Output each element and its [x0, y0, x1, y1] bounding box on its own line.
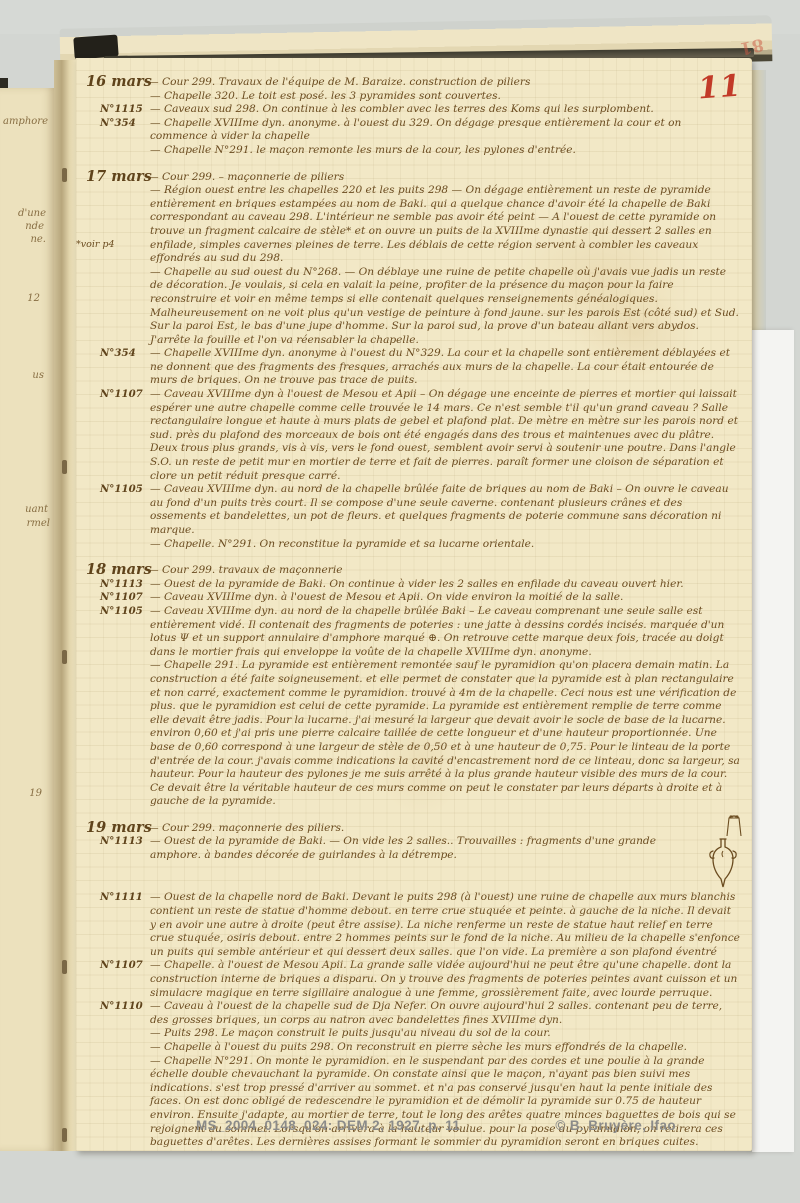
facing-page-fragment: 19	[29, 788, 42, 799]
entry-number: N°1105	[88, 605, 150, 659]
entry-number: N°1110	[88, 1000, 150, 1027]
entry-text: — Cour 299. maçonnerie des piliers.	[148, 820, 740, 836]
entry-number	[88, 144, 150, 158]
entry-number	[88, 538, 150, 552]
entry-number	[88, 1027, 150, 1041]
entry-text: — Caveau XVIIIme dyn. à l'ouest de Mesou…	[150, 591, 740, 605]
stitch	[62, 960, 67, 974]
entry-number: N°1111	[88, 891, 150, 959]
entry-16-mars: 16 mars — Cour 299. Travaux de l'équipe …	[88, 74, 740, 158]
facing-page-fragment: d'une	[18, 208, 46, 219]
entry-text: — Ouest de la pyramide de Baki. — On vid…	[150, 835, 740, 891]
entry-date: 17 mars	[86, 169, 148, 185]
entry-date: 16 mars	[86, 74, 148, 90]
entry-number: N°1113	[88, 578, 150, 592]
entry-date: 19 mars	[86, 820, 148, 836]
entry-text: — Chapelle à l'ouest du puits 298. On re…	[150, 1041, 740, 1055]
entry-text: — Cour 299. – maçonnerie de piliers	[148, 169, 740, 185]
entry-text: — Chapelle XVIIIme dyn. anonyme à l'oues…	[150, 347, 740, 388]
entry-19-mars: 19 mars — Cour 299. maçonnerie des pilie…	[88, 820, 740, 1150]
stitch	[62, 168, 67, 182]
entry-text: — Caveau à l'ouest de la chapelle sud de…	[150, 1000, 740, 1027]
underlying-page-edges	[752, 70, 766, 332]
entry-text: — Cour 299. travaux de maçonnerie	[148, 562, 740, 578]
entry-date: 18 mars	[86, 562, 148, 578]
copyright-notice: © B. Bruyère, Ifao	[555, 1118, 676, 1133]
entry-number: N°1107	[88, 388, 150, 483]
entry-text: — Chapelle N°291. le maçon remonte les m…	[150, 144, 740, 158]
entry-text: — Chapelle. N°291. On reconstitue la pyr…	[150, 538, 740, 552]
entry-number: N°354	[88, 347, 150, 388]
entry-number	[88, 266, 150, 348]
entry-number: N°1107	[88, 959, 150, 1000]
entry-number	[88, 1041, 150, 1055]
facing-page-fragment: uant	[25, 504, 48, 515]
archive-reference: MS_2004_0148_024: DEM 2, 1927, p. 11	[196, 1118, 460, 1133]
manuscript-page: 81 11 16 mars — Cour 299. Travaux de l'é…	[76, 58, 752, 1151]
entry-18-mars: 18 mars — Cour 299. travaux de maçonneri…	[88, 562, 740, 809]
loose-white-sheet	[752, 330, 794, 1152]
entry-text: — Chapelle. à l'ouest de Mesou Apii. La …	[150, 959, 740, 1000]
stitch	[62, 460, 67, 474]
entry-text: — Cour 299. Travaux de l'équipe de M. Ba…	[148, 74, 740, 90]
facing-page-fragment: nde	[25, 221, 44, 232]
entry-text-inline: — Ouest de la pyramide de Baki. — On vid…	[150, 835, 656, 861]
entry-number	[88, 1055, 150, 1150]
entry-number: N°1107	[88, 591, 150, 605]
binding-gutter	[54, 60, 76, 1151]
entry-text: — Caveau XVIIIme dyn à l'ouest de Mesou …	[150, 388, 740, 483]
entry-number: N°1113	[88, 835, 150, 891]
entry-number: N°1105	[88, 483, 150, 537]
facing-page-fragment: rmel	[27, 518, 50, 529]
entry-text: — Caveau XVIIIme dyn. au nord de la chap…	[150, 605, 740, 659]
journal-content: 16 mars — Cour 299. Travaux de l'équipe …	[88, 74, 740, 1161]
facing-page-fragment: us	[32, 370, 44, 381]
entry-17-mars: 17 mars — Cour 299. – maçonnerie de pili…	[88, 169, 740, 552]
facing-page-fragment: amphore	[3, 116, 48, 127]
entry-text: — Puits 298. Le maçon construit le puits…	[150, 1027, 740, 1041]
entry-text: — Caveaux sud 298. On continue à les com…	[150, 103, 740, 117]
entry-number: N°1115	[88, 103, 150, 117]
entry-text: — Caveau XVIIIme dyn. au nord de la chap…	[150, 483, 740, 537]
facing-page-fragment: ne.	[30, 234, 46, 245]
entry-text: — Chapelle N°291. On monte le pyramidion…	[150, 1055, 740, 1150]
entry-text: — Chapelle XVIIIme dyn. anonyme. à l'oue…	[150, 117, 740, 144]
stitch	[62, 650, 67, 664]
entry-text: — Ouest de la pyramide de Baki. On conti…	[150, 578, 740, 592]
entry-text: — Chapelle au sud ouest du N°268. — On d…	[150, 266, 740, 348]
entry-number	[88, 659, 150, 809]
entry-text: — Ouest de la chapelle nord de Baki. Dev…	[150, 891, 740, 959]
facing-page-edge: amphore d'une nde ne. 12 us uant rmel 19	[0, 88, 54, 1151]
entry-text: — Région ouest entre les chapelles 220 e…	[150, 184, 740, 266]
facing-page-fragment: 12	[27, 293, 40, 304]
margin-note: *voir p4	[76, 238, 128, 252]
entry-number: N°354	[88, 117, 150, 144]
stitch	[62, 1128, 67, 1142]
entry-number	[88, 184, 150, 266]
entry-text: — Chapelle 291. La pyramide est entièrem…	[150, 659, 740, 809]
entry-text: — Chapelle 320. Le toit est posé. les 3 …	[150, 90, 740, 104]
entry-number	[88, 90, 150, 104]
archive-caption: MS_2004_0148_024: DEM 2, 1927, p. 11 © B…	[76, 1118, 752, 1133]
amphora-sketch	[706, 837, 740, 889]
